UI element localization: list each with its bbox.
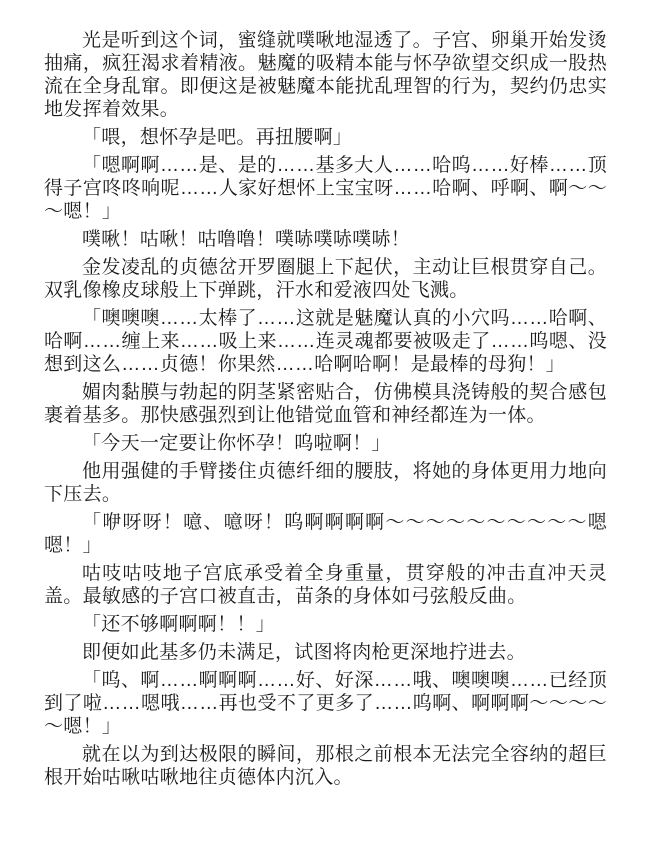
paragraph-dialogue: 「喂，想怀孕是吧。再扭腰啊」	[44, 126, 607, 149]
paragraph-dialogue: 「还不够啊啊啊！！」	[44, 613, 607, 636]
paragraph-narration: 即便如此基多仍未满足，试图将肉枪更深地拧进去。	[44, 641, 607, 664]
paragraph-narration: 咕吱咕吱地子宫底承受着全身重量，贯穿般的冲击直冲天灵盖。最敏感的子宫口被直击，苗…	[44, 562, 607, 608]
document-page: 光是听到这个词，蜜缝就噗啾地湿透了。子宫、卵巢开始发烫抽痛，疯狂渴求着精液。魅魔…	[0, 0, 650, 850]
paragraph-narration: 金发凌乱的贞德岔开罗圈腿上下起伏，主动让巨根贯穿自己。双乳像橡皮球般上下弹跳，汗…	[44, 256, 607, 302]
paragraph-dialogue: 「今天一定要让你怀孕！呜啦啊！」	[44, 432, 607, 455]
paragraph-narration: 媚肉黏膜与勃起的阴茎紧密贴合，仿佛模具浇铸般的契合感包裹着基多。那快感强烈到让他…	[44, 381, 607, 427]
paragraph-dialogue: 「咿呀呀！噫、噫呀！呜啊啊啊啊～～～～～～～～～～嗯嗯！」	[44, 511, 607, 557]
paragraph-dialogue: 「呜、啊……啊啊啊……好、好深……哦、噢噢噢……已经顶到了啦……嗯哦……再也受不…	[44, 669, 607, 738]
paragraph-narration: 就在以为到达极限的瞬间，那根之前根本无法完全容纳的超巨根开始咕啾咕啾地往贞德体内…	[44, 743, 607, 789]
paragraph-sfx: 噗啾！咕啾！咕噜噜！噗哧噗哧噗哧！	[44, 228, 607, 251]
paragraph-narration: 他用强健的手臂搂住贞德纤细的腰肢，将她的身体更用力地向下压去。	[44, 460, 607, 506]
paragraph-dialogue: 「嗯啊啊……是、是的……基多大人……哈呜……好棒……顶得子宫咚咚响呢……人家好想…	[44, 154, 607, 223]
paragraph-narration: 光是听到这个词，蜜缝就噗啾地湿透了。子宫、卵巢开始发烫抽痛，疯狂渴求着精液。魅魔…	[44, 29, 607, 121]
paragraph-dialogue: 「噢噢噢……太棒了……这就是魅魔认真的小穴吗……哈啊、哈啊……缠上来……吸上来……	[44, 307, 607, 376]
